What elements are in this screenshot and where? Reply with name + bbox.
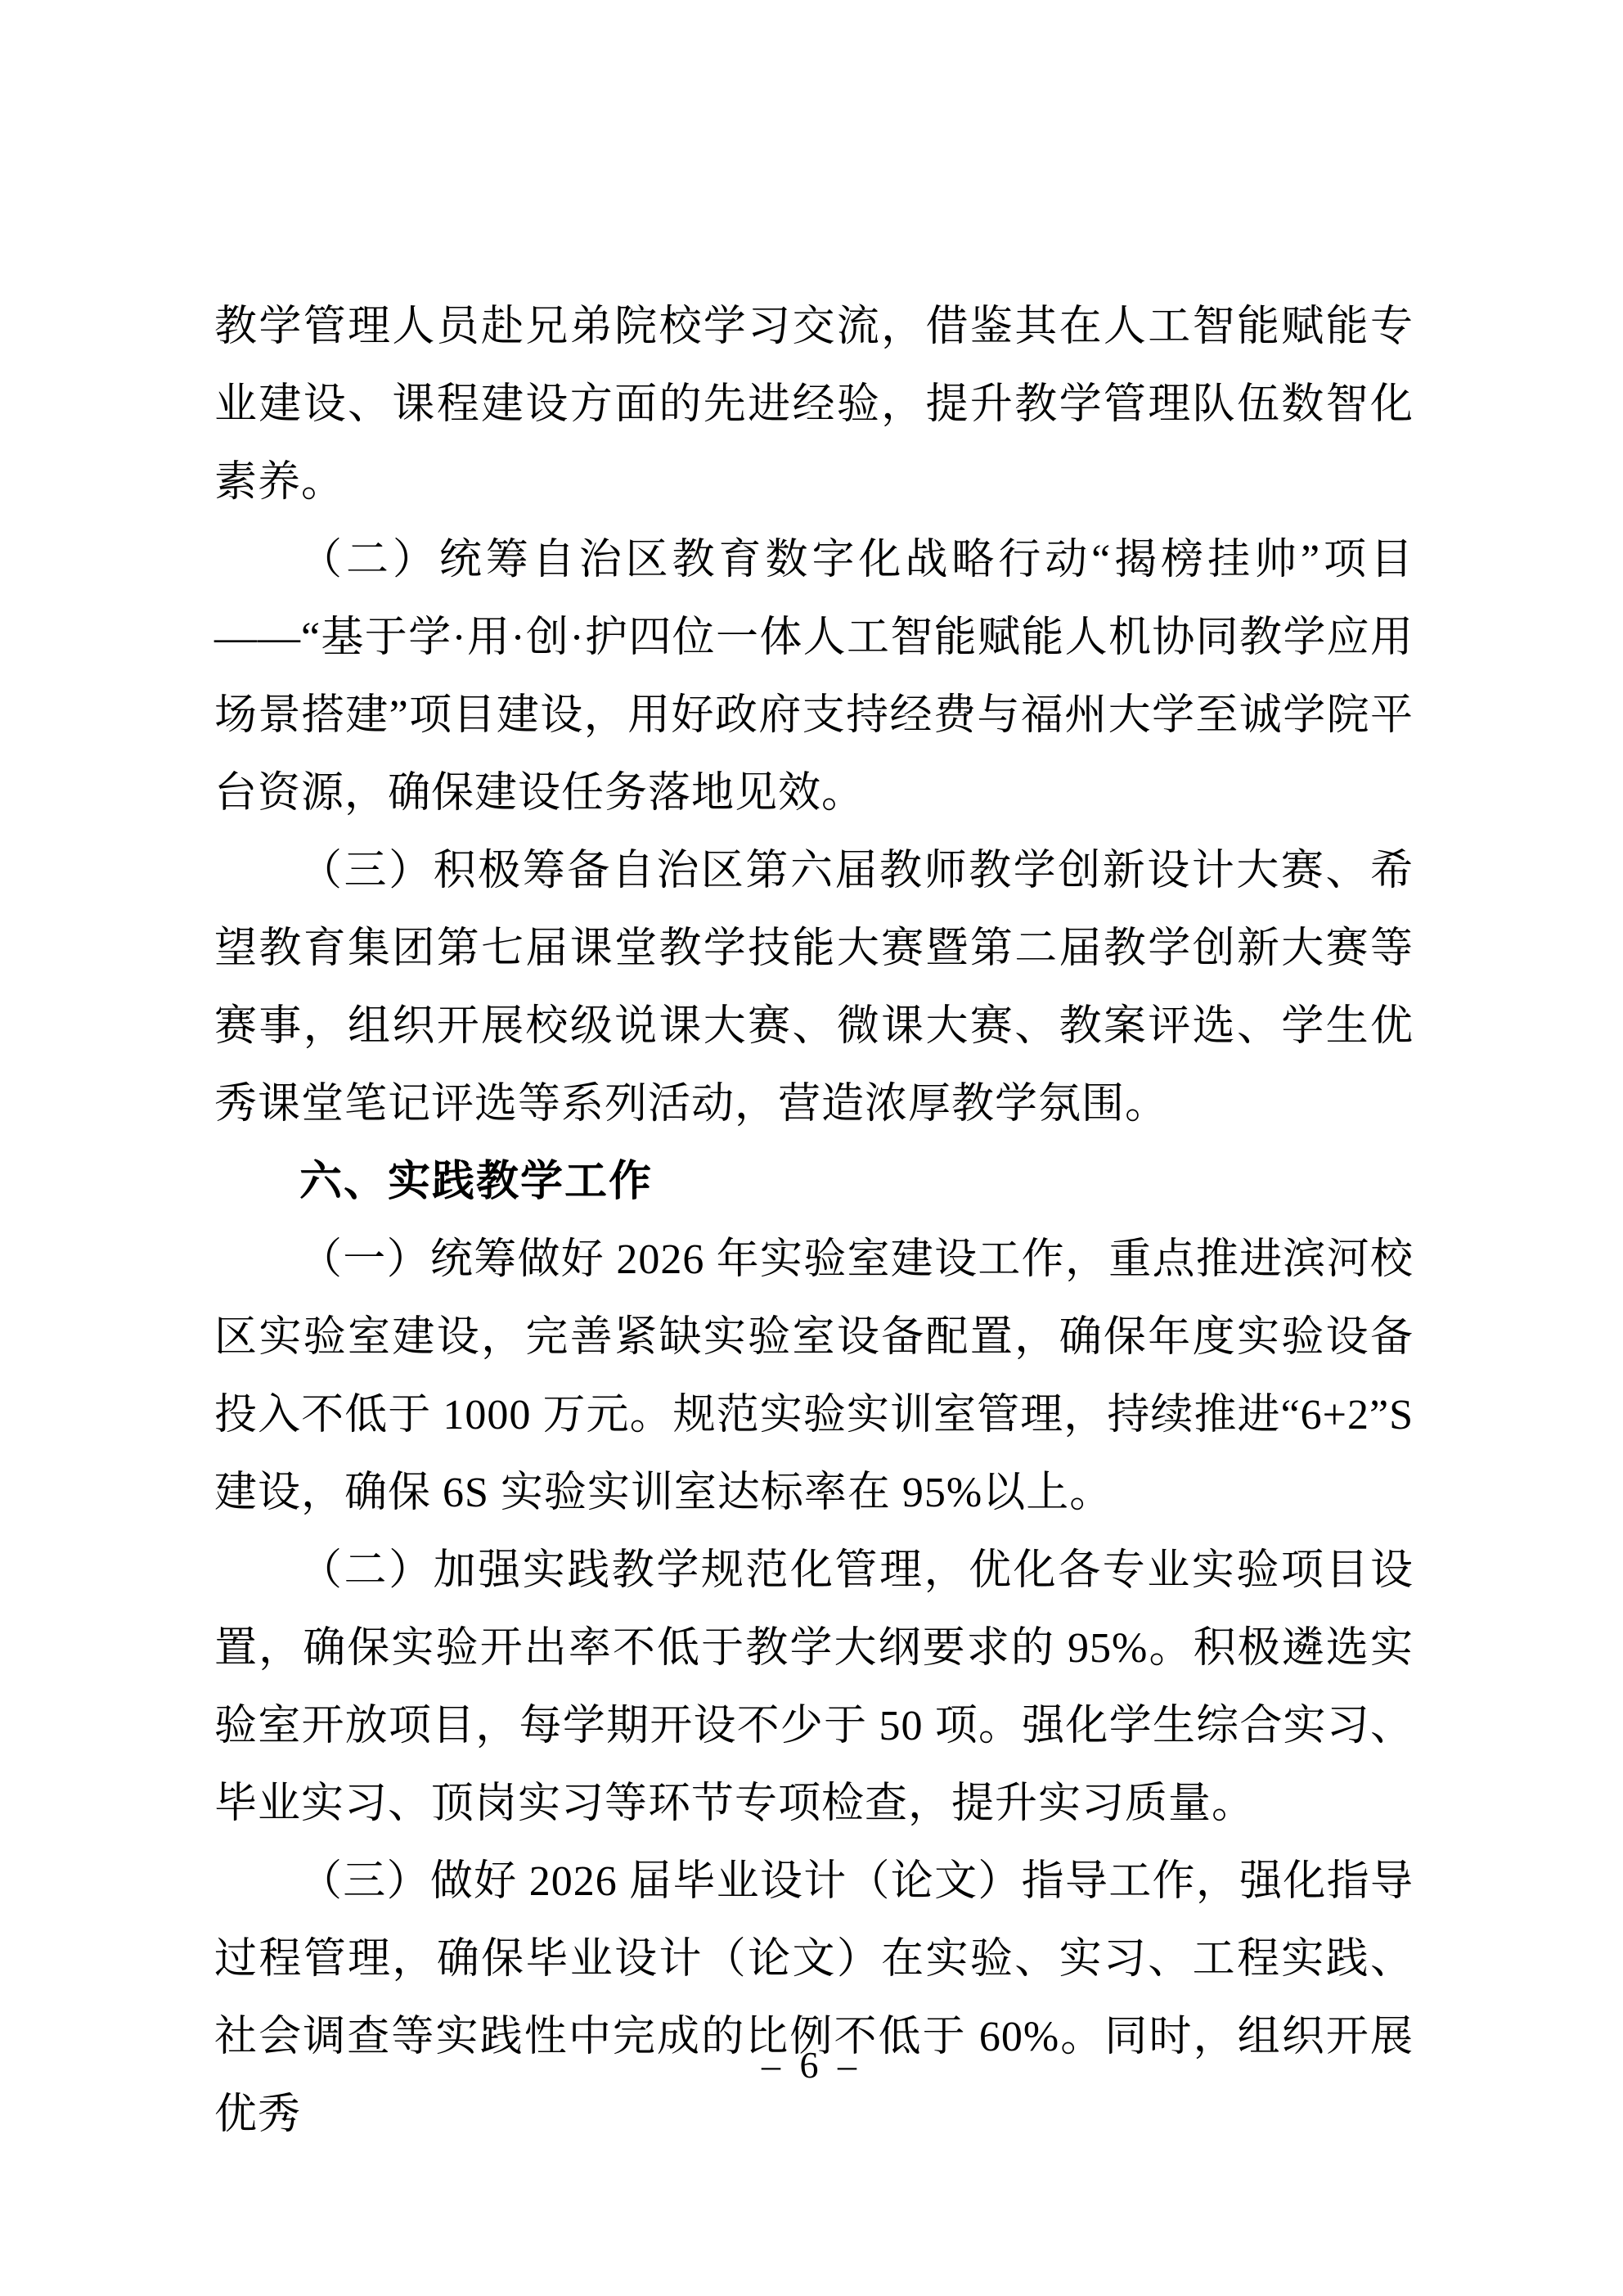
document-body: 教学管理人员赴兄弟院校学习交流，借鉴其在人工智能赋能专业建设、课程建设方面的先进…: [214, 288, 1414, 2154]
paragraph: （三）做好 2026 届毕业设计（论文）指导工作，强化指导过程管理，确保毕业设计…: [214, 1843, 1414, 2154]
paragraph: （二）加强实践教学规范化管理，优化各专业实验项目设置，确保实验开出率不低于教学大…: [214, 1532, 1414, 1843]
page-number: – 6 –: [0, 2039, 1623, 2091]
paragraph: 教学管理人员赴兄弟院校学习交流，借鉴其在人工智能赋能专业建设、课程建设方面的先进…: [214, 288, 1414, 521]
paragraph: （二）统筹自治区教育数字化战略行动“揭榜挂帅”项目——“基于学·用·创·护四位一…: [214, 521, 1414, 832]
section-heading: 六、实践教学工作: [214, 1143, 1414, 1221]
paragraph: （一）统筹做好 2026 年实验室建设工作，重点推进滨河校区实验室建设，完善紧缺…: [214, 1221, 1414, 1532]
document-page: 教学管理人员赴兄弟院校学习交流，借鉴其在人工智能赋能专业建设、课程建设方面的先进…: [0, 0, 1623, 2296]
paragraph: （三）积极筹备自治区第六届教师教学创新设计大赛、希望教育集团第七届课堂教学技能大…: [214, 832, 1414, 1143]
